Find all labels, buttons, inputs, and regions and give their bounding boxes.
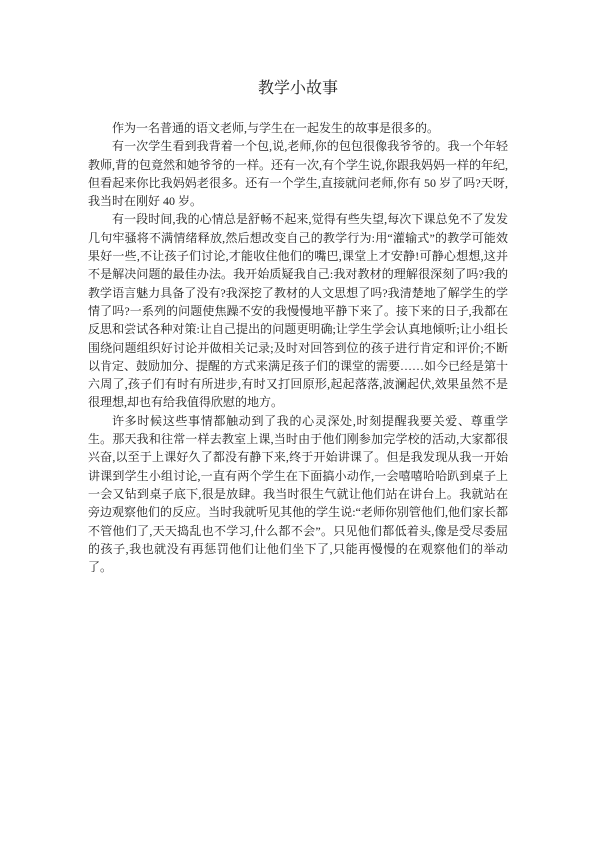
paragraph: 有一次学生看到我背着一个包,说,老师,你的包包很像我爷爷的。我一个年轻教师,背的… xyxy=(88,137,508,210)
document-page: 教学小故事 作为一名普通的语文老师,与学生在一起发生的故事是很多的。 有一次学生… xyxy=(0,0,595,842)
paragraph: 许多时候这些事情都触动到了我的心灵深处,时刻提醒我要关爱、尊重学生。那天我和往常… xyxy=(88,412,508,577)
document-title: 教学小故事 xyxy=(88,78,508,100)
paragraph: 有一段时间,我的心情总是舒畅不起来,觉得有些失望,每次下课总免不了发发几句牢骚将… xyxy=(88,210,508,411)
paragraph: 作为一名普通的语文老师,与学生在一起发生的故事是很多的。 xyxy=(88,119,508,137)
